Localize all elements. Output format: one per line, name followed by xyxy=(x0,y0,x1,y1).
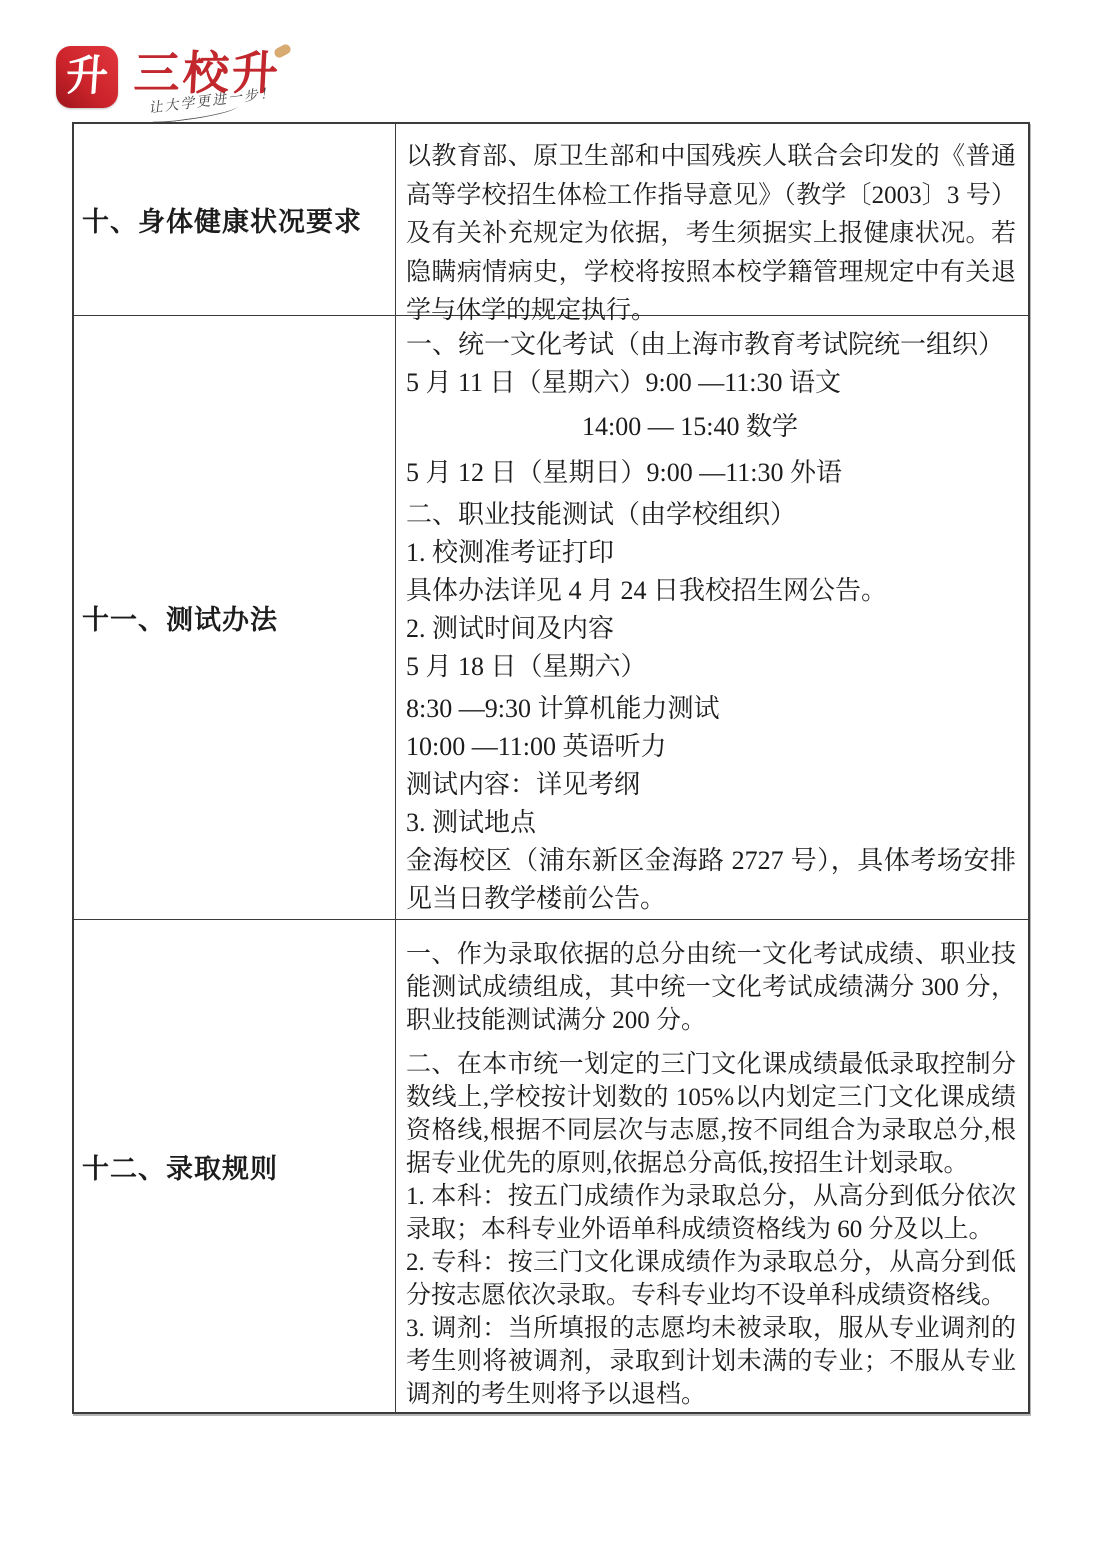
test-line: 14:00 — 15:40 数学 xyxy=(406,408,1016,446)
admission-paragraph: 一、作为录取依据的总分由统一文化考试成绩、职业技能测试成绩组成，其中统一文化考试… xyxy=(406,938,1016,1037)
row-body-admission: 一、作为录取依据的总分由统一文化考试成绩、职业技能测试成绩组成，其中统一文化考试… xyxy=(396,920,1028,1412)
row-body-test: 一、统一文化考试（由上海市教育考试院统一组织） 5 月 11 日（星期六）9:0… xyxy=(396,316,1028,919)
test-line: 8:30 —9:30 计算机能力测试 xyxy=(406,690,1016,728)
test-line: 1. 校测准考证打印 xyxy=(406,534,1016,572)
row-label-health: 十、身体健康状况要求 xyxy=(74,124,396,315)
brand-icon-glyph: 升 xyxy=(65,56,110,98)
admissions-table: 十、身体健康状况要求 以教育部、原卫生部和中国残疾人联合会印发的《普通高等学校招… xyxy=(72,122,1030,1414)
row-label-test: 十一、测试办法 xyxy=(74,316,396,919)
test-line: 10:00 —11:00 英语听力 xyxy=(406,728,1016,766)
health-paragraph: 以教育部、原卫生部和中国残疾人联合会印发的《普通高等学校招生体检工作指导意见》（… xyxy=(406,138,1016,331)
row-body-health: 以教育部、原卫生部和中国残疾人联合会印发的《普通高等学校招生体检工作指导意见》（… xyxy=(396,124,1028,315)
test-line: 具体办法详见 4 月 24 日我校招生网公告。 xyxy=(406,572,1016,610)
table-row-test-methods: 十一、测试办法 一、统一文化考试（由上海市教育考试院统一组织） 5 月 11 日… xyxy=(74,316,1028,920)
test-line: 一、统一文化考试（由上海市教育考试院统一组织） xyxy=(406,326,1016,364)
test-line: 3. 测试地点 xyxy=(406,804,1016,842)
test-line: 金海校区（浦东新区金海路 2727 号），具体考场安排见当日教学楼前公告。 xyxy=(406,842,1016,918)
test-line: 5 月 11 日（星期六）9:00 —11:30 语文 xyxy=(406,364,1016,402)
test-line: 5 月 12 日（星期日）9:00 —11:30 外语 xyxy=(406,454,1016,492)
table-row-admission-rules: 十二、录取规则 一、作为录取依据的总分由统一文化考试成绩、职业技能测试成绩组成，… xyxy=(74,920,1028,1412)
admission-paragraph: 二、在本市统一划定的三门文化课成绩最低录取控制分数线上,学校按计划数的 105%… xyxy=(406,1048,1016,1180)
test-line: 2. 测试时间及内容 xyxy=(406,610,1016,648)
admission-paragraph: 1. 本科：按五门成绩作为录取总分，从高分到低分依次录取；本科专业外语单科成绩资… xyxy=(406,1180,1016,1246)
table-row-health-requirements: 十、身体健康状况要求 以教育部、原卫生部和中国残疾人联合会印发的《普通高等学校招… xyxy=(74,124,1028,316)
brand-app-icon: 升 xyxy=(56,46,118,108)
document-page: 升 三校升 让大学更进一步！ 十、身体健康状况要求 以教育部、原卫生部和中国残疾… xyxy=(0,0,1102,1559)
test-line: 测试内容：详见考纲 xyxy=(406,766,1016,804)
admission-paragraph: 3. 调剂：当所填报的志愿均未被录取，服从专业调剂的考生则将被调剂，录取到计划未… xyxy=(406,1312,1016,1411)
brand-logo: 升 三校升 让大学更进一步！ xyxy=(56,44,316,119)
admission-paragraph: 2. 专科：按三门文化课成绩作为录取总分，从高分到低分按志愿依次录取。专科专业均… xyxy=(406,1246,1016,1312)
test-line: 5 月 18 日（星期六） xyxy=(406,648,1016,686)
row-label-admission: 十二、录取规则 xyxy=(74,920,396,1412)
test-line: 二、职业技能测试（由学校组织） xyxy=(406,496,1016,534)
